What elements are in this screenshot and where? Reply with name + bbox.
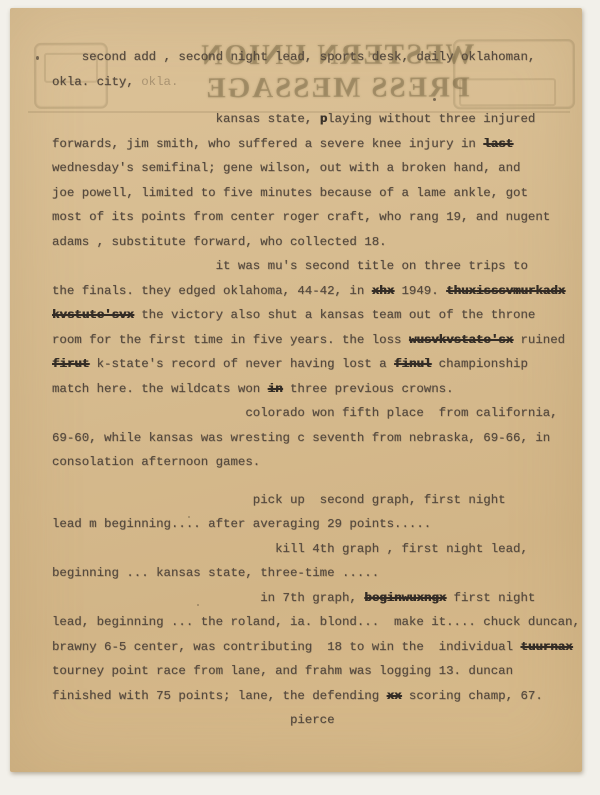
scan-background: { "colors": { "paper": "#d6bb8e", "ink":… — [0, 0, 600, 795]
paper-speck — [36, 56, 39, 60]
typed-line: room for the first time in five years. t… — [52, 328, 576, 353]
struck-out-word: wusvkvstate'sx — [409, 333, 513, 347]
paper-speck — [197, 604, 199, 606]
typed-line: pick up second graph, first night — [52, 488, 576, 513]
typed-line: in 7th graph, beginwuxngx first night — [52, 586, 576, 611]
typed-line: second add , second night lead, sports d… — [52, 45, 576, 70]
typed-line: lead, beginning ... the roland, ia. blon… — [52, 610, 576, 635]
typed-line: kansas state, playing without three inju… — [52, 107, 576, 132]
typed-line: brawny 6-5 center, was contributing 18 t… — [52, 635, 576, 660]
struck-out-word: tuurnax — [520, 640, 572, 654]
struck-out-word: finul — [394, 357, 431, 371]
struck-out-word: in — [268, 382, 283, 396]
paper-speck — [433, 98, 436, 101]
typed-line: okla. city, okla. — [52, 70, 576, 95]
faded-word: okla. — [141, 75, 178, 89]
typed-text: second add , second night lead, sports d… — [52, 45, 576, 733]
typed-line: firut k-state's record of never having l… — [52, 352, 576, 377]
typed-line: kvstute'svx the victory also shut a kans… — [52, 303, 576, 328]
typed-line: match here. the wildcats won in three pr… — [52, 377, 576, 402]
typed-line: finished with 75 points; lane, the defen… — [52, 684, 576, 709]
typed-line: the finals. they edged oklahoma, 44-42, … — [52, 279, 576, 304]
paper-speck — [188, 516, 190, 518]
paper: WESTERN UNION PRESS MESSAGE second add ,… — [10, 8, 582, 772]
struck-out-word: kvstute'svx — [52, 308, 134, 322]
typed-line: wednesday's semifinal; gene wilson, out … — [52, 156, 576, 181]
typed-line: consolation afternoon games. — [52, 450, 576, 475]
overtyped-letters: p — [320, 112, 327, 126]
struck-out-word: firut — [52, 357, 89, 371]
typed-line: forwards, jim smith, who suffered a seve… — [52, 132, 576, 157]
typed-line: 69-60, while kansas was wresting c seven… — [52, 426, 576, 451]
struck-out-word: xx — [387, 689, 402, 703]
typed-line: tourney point race from lane, and frahm … — [52, 659, 576, 684]
typed-line: most of its points from center roger cra… — [52, 205, 576, 230]
struck-out-word: beginwuxngx — [364, 591, 446, 605]
typed-line: beginning ... kansas state, three-time .… — [52, 561, 576, 586]
typed-line: joe powell, limited to five minutes beca… — [52, 181, 576, 206]
struck-out-word: xhx — [372, 284, 394, 298]
typed-line: adams , substitute forward, who collecte… — [52, 230, 576, 255]
typed-line: kill 4th graph , first night lead, — [52, 537, 576, 562]
typed-line: pierce — [52, 708, 576, 733]
typed-line: lead m beginning.... after averaging 29 … — [52, 512, 576, 537]
typed-line: it was mu's second title on three trips … — [52, 254, 576, 279]
typed-line: colorado won fifth place from california… — [52, 401, 576, 426]
struck-out-word: last — [483, 137, 513, 151]
struck-out-word: thuxisssvmurkadx — [446, 284, 565, 298]
